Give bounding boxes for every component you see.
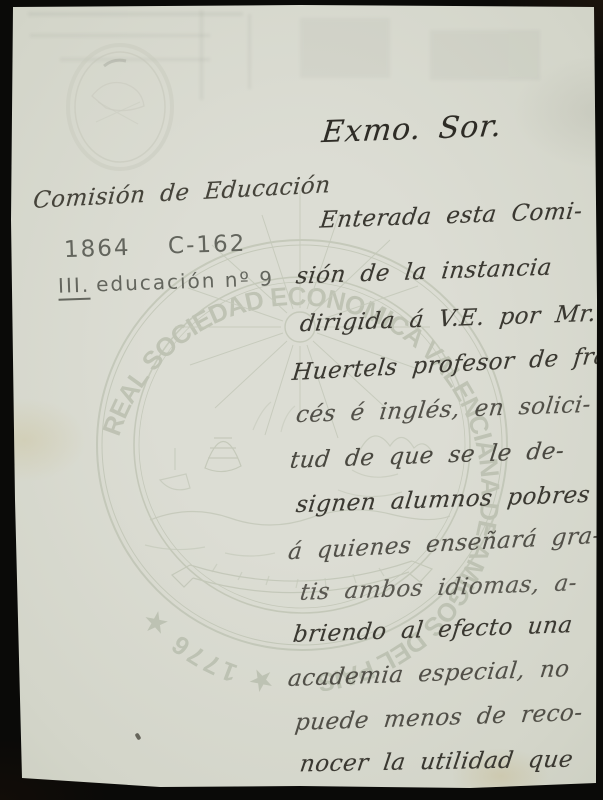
archival-class-rest: educación nº 9 [96, 266, 275, 296]
scanned-document: REAL SOCIEDAD ECONOMICA VALENCIANA DE AM… [0, 0, 603, 800]
letter-page: REAL SOCIEDAD ECONOMICA VALENCIANA DE AM… [0, 0, 603, 800]
archival-code: C-162 [168, 231, 247, 260]
body-line: tis ambos idiomas, a- [298, 570, 578, 606]
stamp-year-text: ★ 1776 ★ [134, 602, 275, 697]
show-through-mark [430, 30, 540, 80]
show-through-mark [28, 12, 243, 16]
body-line: signen alumnos pobres [294, 482, 591, 518]
body-line: á quienes enseñará gra- [287, 523, 602, 566]
body-line: cés é inglés, en solici- [294, 392, 592, 428]
body-line: tud de que se le de- [288, 438, 565, 474]
body-line: Huertels profesor de fran- [291, 342, 603, 386]
embossed-oval-seal-icon [68, 45, 172, 169]
show-through-mark [248, 14, 251, 89]
body-line: nocer la utilidad que [298, 747, 575, 778]
show-through-mark [30, 34, 210, 37]
archival-class-roman: III. [58, 273, 91, 301]
stray-pen-mark [135, 732, 142, 740]
body-line: briendo al efecto una [291, 612, 574, 648]
body-line: dirigida á V.E. por Mr. [298, 301, 597, 337]
salutation: Exmo. Sor. [320, 109, 504, 150]
show-through-mark [200, 10, 203, 100]
body-line: sión de la instancia [294, 254, 553, 289]
show-through-mark [300, 18, 390, 78]
body-line: puede menos de reco- [293, 700, 584, 736]
body-line: academia especial, no [286, 656, 571, 692]
margin-heading: Comisión de Educación [32, 172, 332, 214]
body-line: Enterada esta Comi- [318, 198, 584, 233]
archival-classification: III.educación nº 9 [58, 266, 275, 298]
show-through-mark [60, 58, 210, 61]
archival-year: 1864 [64, 235, 131, 263]
svg-text:★ 1776 ★: ★ 1776 ★ [134, 602, 275, 697]
